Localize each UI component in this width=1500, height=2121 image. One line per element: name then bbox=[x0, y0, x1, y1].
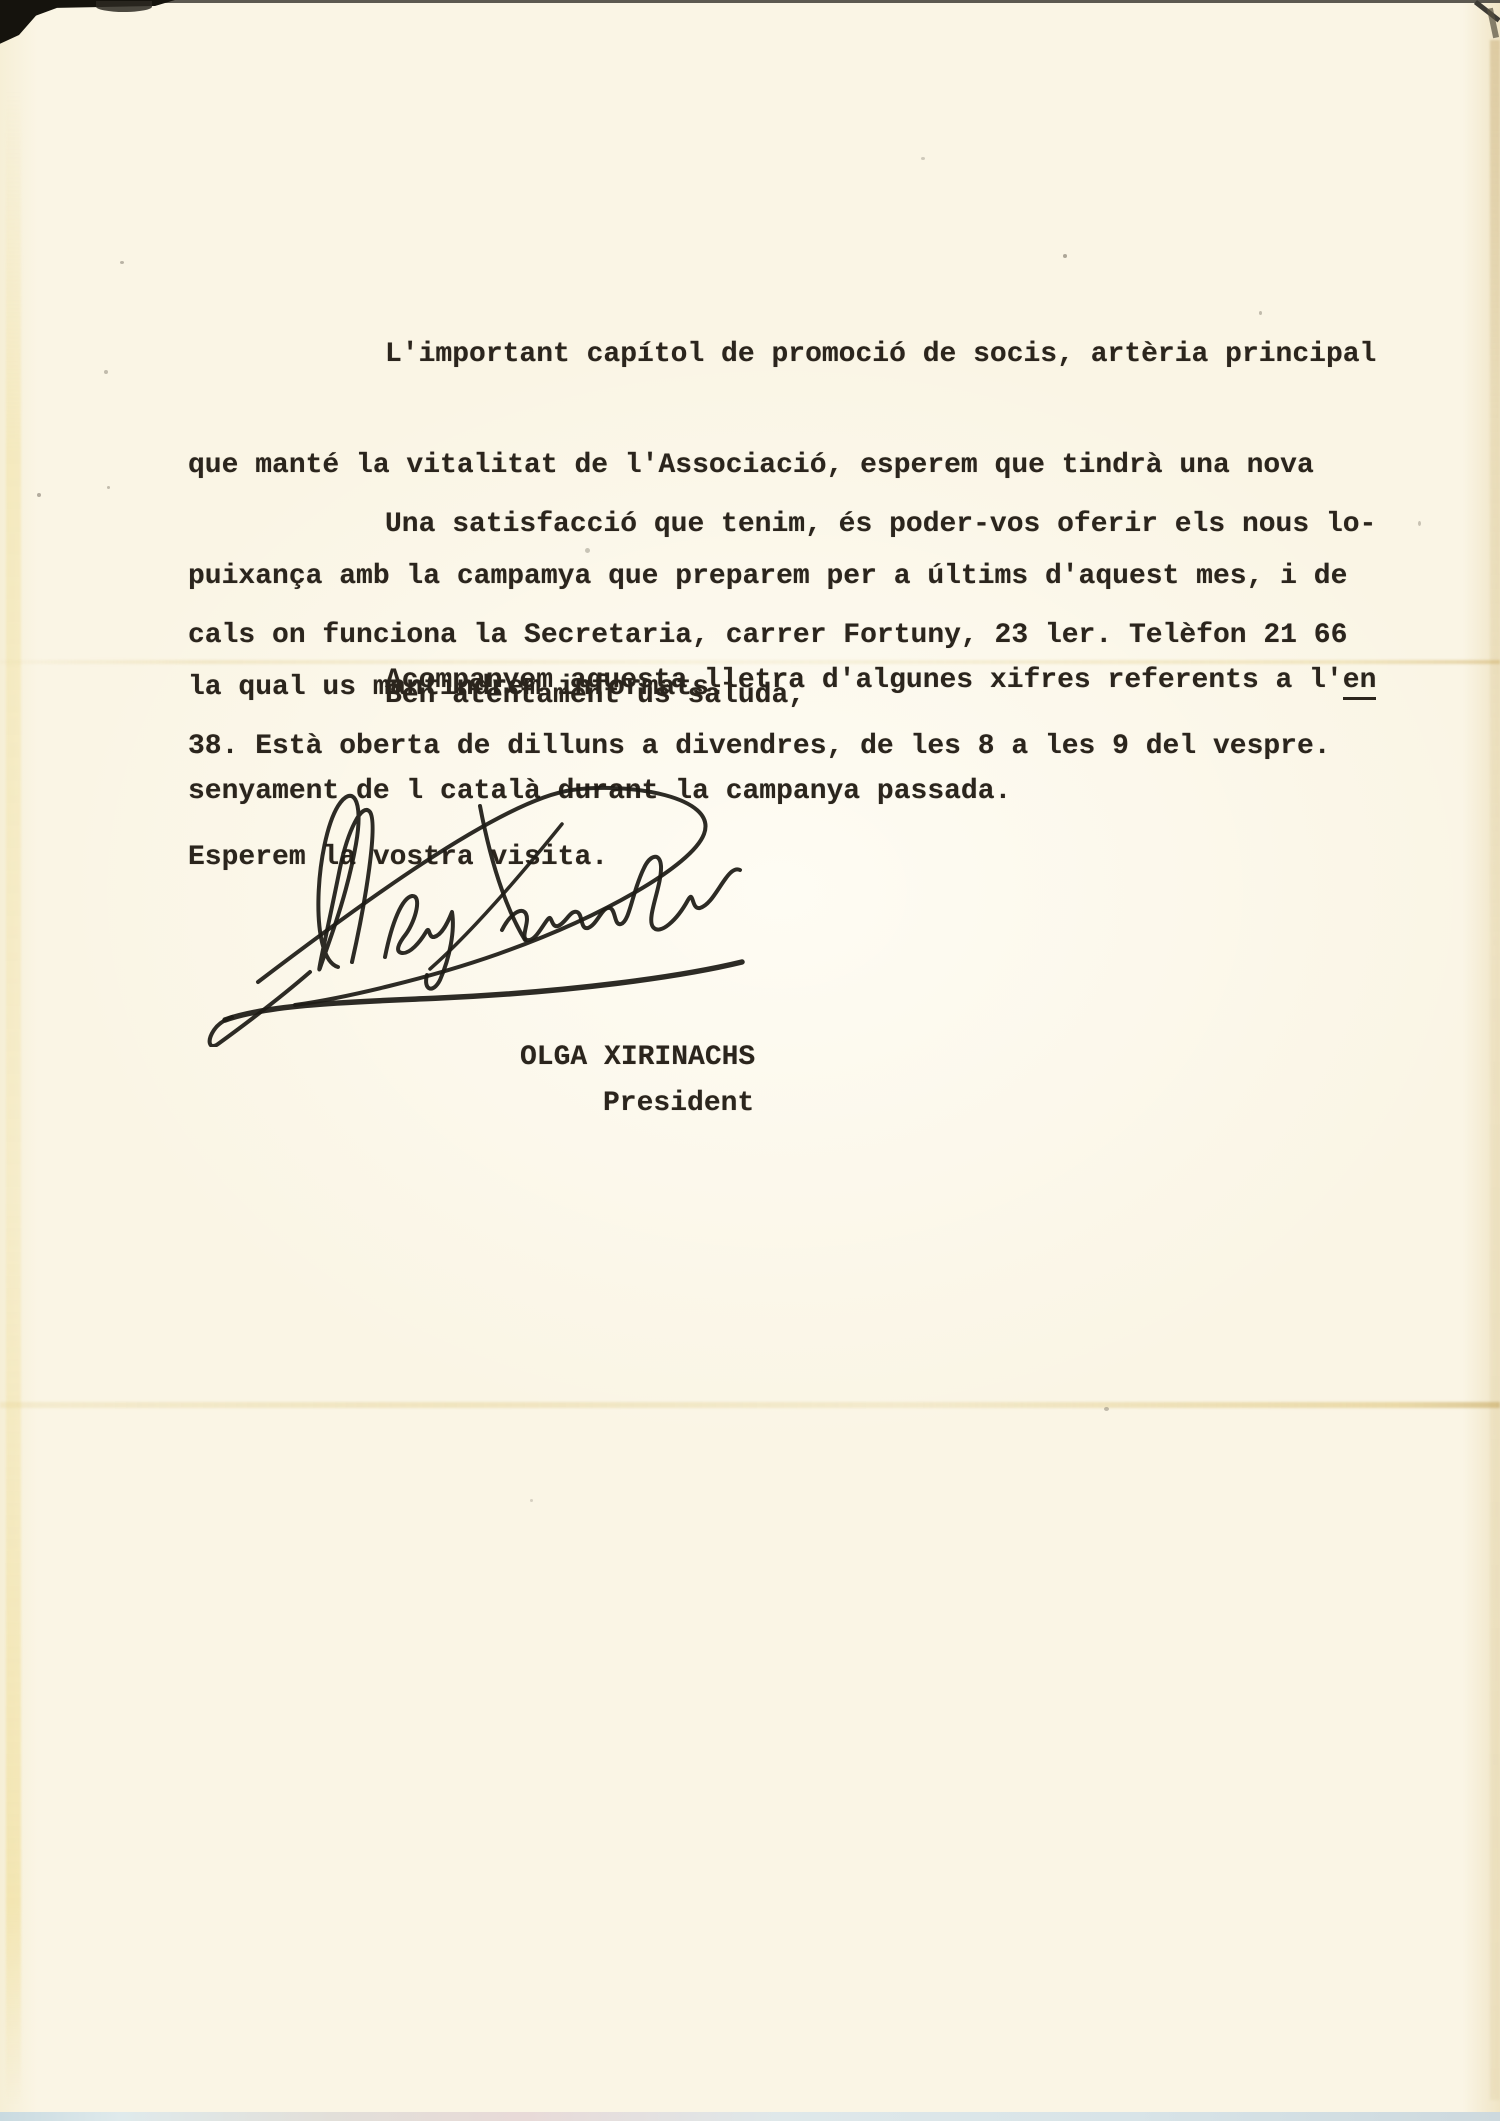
scan-top-edge-line bbox=[0, 0, 1500, 3]
paper-right-edge-shading bbox=[1490, 40, 1500, 2100]
scanner-bottom-edge bbox=[0, 2112, 1500, 2121]
paper-speck bbox=[37, 493, 41, 497]
scan-corner-artifact bbox=[0, 0, 182, 46]
paragraph-1-line-1: L'important capítol de promoció de socis… bbox=[188, 336, 1376, 373]
paper-speck bbox=[104, 370, 108, 374]
signature-olga-xirinachs bbox=[180, 772, 770, 1047]
signer-title: President bbox=[603, 1085, 754, 1122]
paper-speck bbox=[921, 157, 925, 160]
paper-speck bbox=[120, 261, 124, 264]
scan-top-right-mark-2 bbox=[1487, 8, 1499, 39]
signer-name: OLGA XIRINACHS bbox=[520, 1039, 755, 1076]
closing-salutation: Ben atentament us saluda, bbox=[385, 677, 805, 714]
letter-page: L'important capítol de promoció de socis… bbox=[0, 0, 1500, 2121]
paper-speck bbox=[1418, 521, 1421, 526]
paper-speck bbox=[1104, 1407, 1109, 1411]
underlined-syllable: en bbox=[1343, 665, 1377, 700]
paper-speck bbox=[107, 486, 110, 489]
fold-crease-lower bbox=[0, 1402, 1500, 1408]
paper-left-yellowed-edge bbox=[6, 90, 21, 2105]
paper-speck bbox=[530, 1499, 533, 1502]
paragraph-2-line-1: Una satisfacció que tenim, és poder-vos … bbox=[188, 506, 1376, 543]
scan-top-smudge bbox=[96, 1, 152, 12]
paper-speck bbox=[1063, 254, 1067, 258]
